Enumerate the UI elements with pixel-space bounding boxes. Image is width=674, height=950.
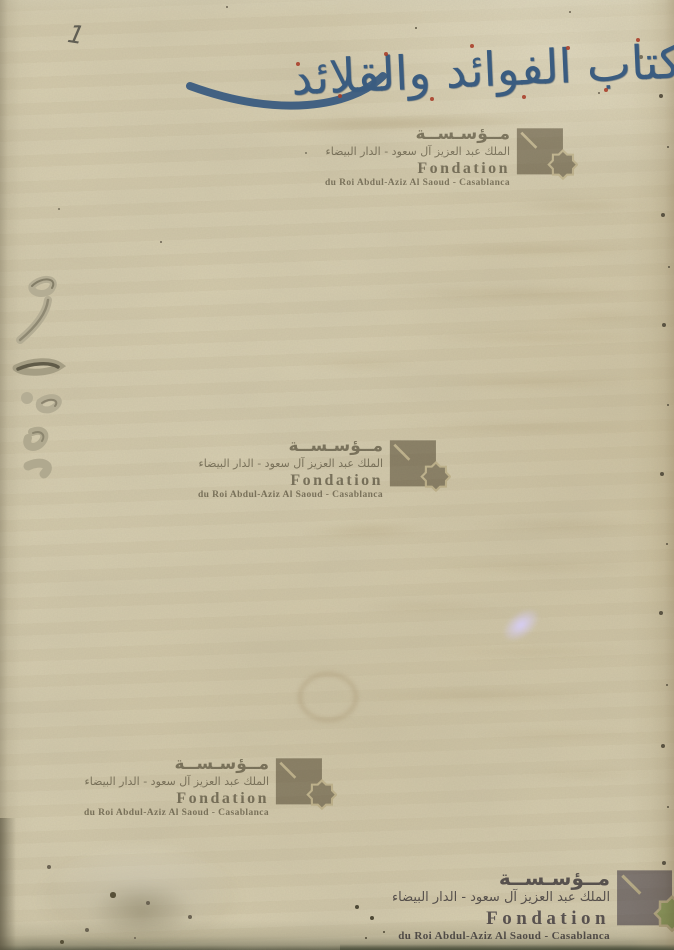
watermark-text: مــؤسـســة الملك عبد العزيز آل سعود - ال…: [198, 438, 383, 500]
bleed-mark: [420, 243, 650, 257]
watermark-detail-french: du Roi Abdul-Aziz Al Saoud - Casablanca: [198, 490, 383, 500]
foundation-star-logo-icon: [616, 869, 674, 933]
watermark-institution-french: Fondation: [486, 908, 610, 930]
bleed-mark: [428, 376, 653, 390]
watermark-institution-arabic: مــؤسـســة: [175, 756, 270, 774]
watermark-detail-french: du Roi Abdul-Aziz Al Saoud - Casablanca: [84, 808, 269, 818]
watermark-institution-arabic: مــؤسـســة: [499, 868, 610, 889]
corner-stain: [92, 882, 192, 942]
bleed-mark: [430, 560, 655, 574]
foundation-star-logo-icon: [275, 757, 337, 811]
folio-number: 1: [62, 19, 89, 49]
diacritic-dot: [338, 94, 342, 98]
bleed-mark: [468, 728, 653, 741]
watermark-institution-french: Fondation: [417, 160, 510, 178]
diacritic-dot: [522, 95, 526, 99]
bleed-mark: [505, 198, 655, 213]
diacritic-dot: [430, 97, 434, 101]
watermark-detail-arabic: الملك عبد العزيز آل سعود - الدار البيضاء: [199, 456, 384, 472]
diacritic-dot: [566, 46, 570, 50]
bottom-edge-shadow: [340, 944, 674, 950]
diacritic-dot: [604, 88, 608, 92]
diacritic-dot: [636, 38, 640, 42]
watermark-institution-french: Fondation: [290, 472, 383, 490]
diacritic-dot: [470, 44, 474, 48]
watermark-text: مــؤسـســة الملك عبد العزيز آل سعود - ال…: [325, 126, 510, 188]
watermark-detail-french: du Roi Abdul-Aziz Al Saoud - Casablanca: [325, 178, 510, 188]
bleed-mark: [300, 520, 436, 542]
corner-stain: [34, 852, 244, 947]
title-swash-stroke: [178, 62, 388, 122]
foundation-star-logo-icon: [516, 127, 578, 181]
watermark-text: مــؤسـســة الملك عبد العزيز آل سعود - ال…: [392, 868, 610, 942]
corner-wear-patch: [48, 840, 233, 940]
bleed-mark: [545, 310, 655, 323]
bleed-mark: [300, 358, 420, 371]
watermark-middle: مــؤسـســة الملك عبد العزيز آل سعود - ال…: [198, 438, 451, 500]
bleed-mark: [515, 768, 655, 781]
ink-offset-marks: [2, 270, 80, 485]
diacritic-dot: [296, 62, 300, 66]
bleed-mark: [468, 518, 658, 532]
watermark-institution-french: Fondation: [176, 790, 269, 808]
dirt-specks: [0, 0, 2, 2]
watermark-detail-arabic: الملك عبد العزيز آل سعود - الدار البيضاء: [326, 144, 511, 160]
bleed-mark: [352, 600, 502, 613]
watermark-institution-arabic: مــؤسـســة: [289, 438, 384, 456]
watermark-bottom-right: مــؤسـســة الملك عبد العزيز آل سعود - ال…: [392, 868, 674, 942]
diacritic-dot: [384, 52, 388, 56]
binding-edge-shadow: [0, 818, 16, 950]
foundation-star-logo-icon: [389, 439, 451, 493]
bleed-mark: [428, 645, 643, 659]
manuscript-scan-page: 1 كتاب الفوائد والقلائد مــؤسـســة الملك…: [0, 0, 674, 950]
bleed-mark: [402, 420, 652, 434]
ring-stain: [298, 672, 358, 722]
watermark-top: مــؤسـســة الملك عبد العزيز آل سعود - ال…: [325, 126, 578, 188]
bleed-mark: [378, 286, 648, 301]
bleed-mark: [352, 688, 607, 703]
watermark-detail-french: du Roi Abdul-Aziz Al Saoud - Casablanca: [398, 930, 610, 942]
bleed-mark: [420, 330, 655, 344]
watermark-institution-arabic: مــؤسـســة: [416, 126, 511, 144]
watermark-detail-arabic: الملك عبد العزيز آل سعود - الدار البيضاء: [392, 889, 610, 908]
watermark-bottom-left: مــؤسـســة الملك عبد العزيز آل سعود - ال…: [84, 756, 337, 818]
watermark-detail-arabic: الملك عبد العزيز آل سعود - الدار البيضاء: [85, 774, 270, 790]
watermark-text: مــؤسـســة الملك عبد العزيز آل سعود - ال…: [84, 756, 269, 818]
